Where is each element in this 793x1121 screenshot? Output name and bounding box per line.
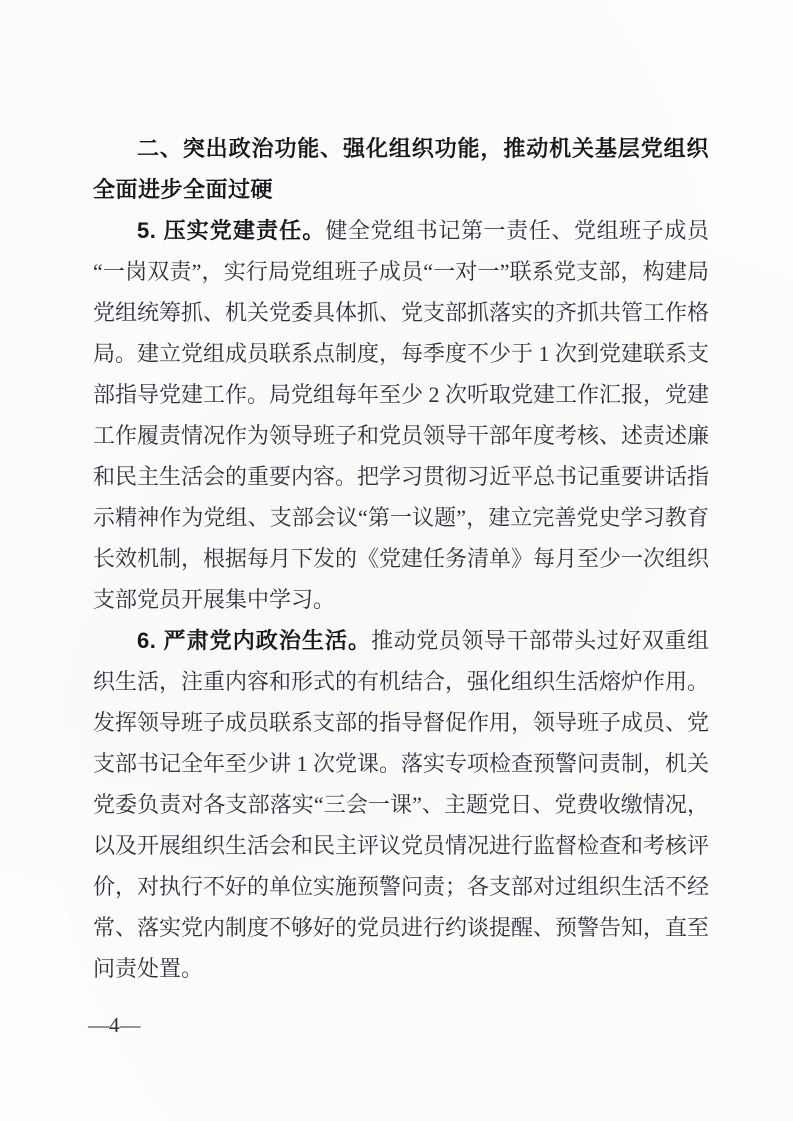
paragraph-6-text: 推动党员领导干部带头过好双重组织生活，注重内容和形式的有机结合，强化组织生活熔炉… [93, 628, 709, 981]
paragraph-5: 5. 压实党建责任。健全党组书记第一责任、党组班子成员“一岗双责”，实行局党组班… [93, 210, 709, 620]
document-body: 二、突出政治功能、强化组织功能，推动机关基层党组织全面进步全面过硬 5. 压实党… [93, 128, 709, 989]
paragraph-5-lead: 5. 压实党建责任。 [137, 218, 325, 243]
scanned-document-page: 二、突出政治功能、强化组织功能，推动机关基层党组织全面进步全面过硬 5. 压实党… [0, 0, 793, 1121]
paragraph-6-lead: 6. 严肃党内政治生活。 [137, 628, 371, 653]
page-number: —4— [88, 1012, 141, 1038]
section-heading: 二、突出政治功能、强化组织功能，推动机关基层党组织全面进步全面过硬 [93, 128, 709, 210]
paragraph-6: 6. 严肃党内政治生活。推动党员领导干部带头过好双重组织生活，注重内容和形式的有… [93, 620, 709, 989]
paragraph-5-text: 健全党组书记第一责任、党组班子成员“一岗双责”，实行局党组班子成员“一对一”联系… [93, 218, 709, 612]
